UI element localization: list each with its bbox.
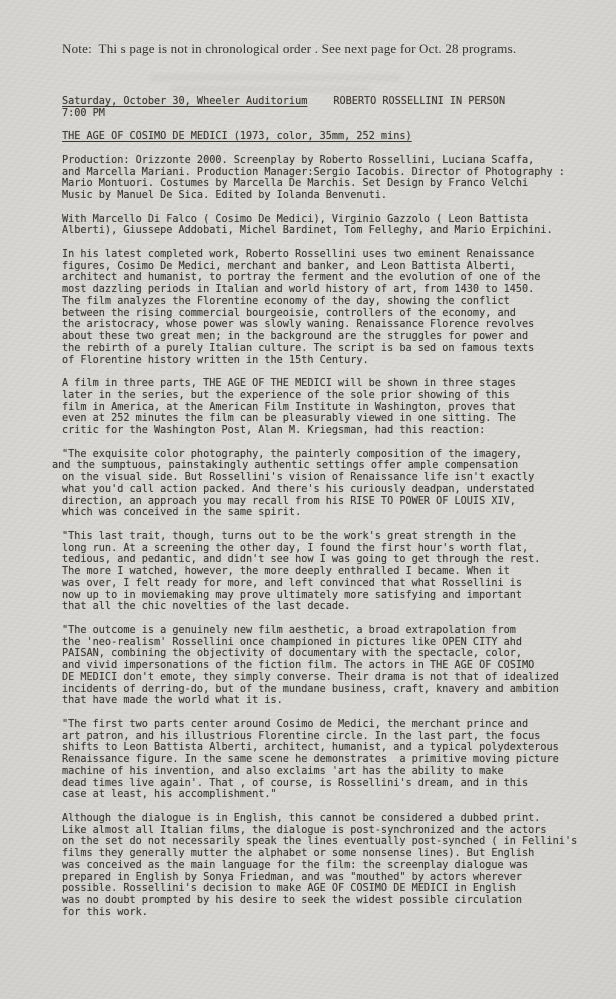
body-line: "This last trait, though, turns out to b…: [62, 531, 577, 543]
body-line: PAISAN, combining the objectivity of doc…: [62, 648, 577, 660]
film-title-text: THE AGE OF COSIMO DE MEDICI (1973, color…: [62, 131, 412, 142]
body-line: direction, an approach you may recall fr…: [62, 496, 577, 508]
typewriter-block: Saturday, October 30, Wheeler Auditorium…: [62, 96, 577, 919]
body-line: films they generally mutter the alphabet…: [62, 848, 577, 860]
body-line: even at 252 minutes the film can be plea…: [62, 413, 577, 425]
body-line: shifts to Leon Battista Alberti, archite…: [62, 742, 577, 754]
body-line: The film analyzes the Florentine economy…: [62, 296, 577, 308]
body-line: prepared in English by Sonya Friedman, a…: [62, 872, 577, 884]
body-line: The more I watched, however, the more de…: [62, 566, 577, 578]
body-line: was conceived as the main language for t…: [62, 860, 577, 872]
body-line: architect and humanist, to portray the f…: [62, 272, 577, 284]
body-line: Although the dialogue is in English, thi…: [62, 813, 577, 825]
document-page: Note: Thi s page is not in chronological…: [0, 0, 616, 999]
body-line: In his latest completed work, Roberto Ro…: [62, 249, 577, 261]
body-line: "The first two parts center around Cosim…: [62, 719, 577, 731]
body-line: for this work.: [62, 907, 577, 919]
body-line: of Florentine history written in the 15t…: [62, 355, 577, 367]
paragraph: In his latest completed work, Roberto Ro…: [62, 249, 577, 367]
body-line: Renaissance figure. In the same scene he…: [62, 754, 577, 766]
paragraph: "The first two parts center around Cosim…: [62, 719, 577, 801]
body-line: machine of his invention, and also excla…: [62, 766, 577, 778]
body-line: With Marcello Di Falco ( Cosimo De Medic…: [62, 214, 577, 226]
body-line: the 'neo-realism' Rossellini once champi…: [62, 637, 577, 649]
body-line: art patron, and his illustrious Florenti…: [62, 731, 577, 743]
body-line: Production: Orizzonte 2000. Screenplay b…: [62, 155, 577, 167]
paragraph: With Marcello Di Falco ( Cosimo De Medic…: [62, 214, 577, 238]
body-line: possible. Rossellini's decision to make …: [62, 883, 577, 895]
paragraph: "The exquisite color photography, the pa…: [62, 449, 577, 520]
body-line: case at least, his accomplishment.": [62, 789, 577, 801]
body-line: the aristocracy, whose power was slowly …: [62, 319, 577, 331]
showtime-text: 7:00 PM: [62, 108, 577, 120]
body-line: the rebirth of a purely Italian culture.…: [62, 343, 577, 355]
body-line: was over, I felt ready for more, and lef…: [62, 578, 577, 590]
paragraph: Production: Orizzonte 2000. Screenplay b…: [62, 155, 577, 202]
body-line: tedious, and pedantic, and didn't see ho…: [62, 554, 577, 566]
body-line: A film in three parts, THE AGE OF THE ME…: [62, 378, 577, 390]
body-line: most dazzling periods in Italian and wor…: [62, 284, 577, 296]
body-line: Alberti), Giussepe Addobati, Michel Bard…: [62, 225, 577, 237]
body-line: Mario Montuori. Costumes by Marcella De …: [62, 178, 577, 190]
body-line: Like almost all Italian films, the dialo…: [62, 825, 577, 837]
body-line: which was conceived in the same spirit.: [62, 507, 577, 519]
body-line: about these two great men; in the backgr…: [62, 331, 577, 343]
body-line: and vivid impersonations of the fiction …: [62, 660, 577, 672]
body-line: "The exquisite color photography, the pa…: [62, 449, 577, 461]
body-line: dead times live again'. That , of course…: [62, 778, 577, 790]
body-line: DE MEDICI don't emote, they simply conve…: [62, 672, 577, 684]
body-line: later in the series, but the experience …: [62, 390, 577, 402]
body-line: long run. At a screening the other day, …: [62, 543, 577, 555]
body-line: that all the chic novelties of the last …: [62, 601, 577, 613]
body-line: and Marcella Mariani. Production Manager…: [62, 167, 577, 179]
paragraph: "This last trait, though, turns out to b…: [62, 531, 577, 613]
note-line: Note: Thi s page is not in chronological…: [62, 41, 516, 57]
body-line: film in America, at the American Film In…: [62, 402, 577, 414]
body-line: what you'd call action packed. And there…: [62, 484, 577, 496]
body-line: between the rising commercial bourgeoisi…: [62, 308, 577, 320]
presenter-text: ROBERTO ROSSELLINI IN PERSON: [333, 96, 505, 107]
paragraph: A film in three parts, THE AGE OF THE ME…: [62, 378, 577, 437]
body-paragraphs: Production: Orizzonte 2000. Screenplay b…: [62, 155, 577, 919]
schedule-line: Saturday, October 30, Wheeler Auditorium…: [62, 96, 577, 108]
body-line: incidents of derring-do, but of the mund…: [62, 684, 577, 696]
paragraph: "The outcome is a genuinely new film aes…: [62, 625, 577, 707]
body-line: critic for the Washington Post, Alan M. …: [62, 425, 577, 437]
body-line: on the set do not necessarily speak the …: [62, 836, 577, 848]
film-title-line: THE AGE OF COSIMO DE MEDICI (1973, color…: [62, 131, 577, 143]
body-line: now up to in moviemaking may prove ultim…: [62, 590, 577, 602]
body-line: "The outcome is a genuinely new film aes…: [62, 625, 577, 637]
ghost-showthrough: [170, 86, 370, 93]
body-line: figures, Cosimo De Medici, merchant and …: [62, 261, 577, 273]
ghost-showthrough: [150, 74, 400, 81]
body-line: Music by Manuel De Sica. Edited by Iolan…: [62, 190, 577, 202]
paragraph: Although the dialogue is in English, thi…: [62, 813, 577, 919]
body-line: and the sumptuous, painstakingly authent…: [52, 460, 577, 472]
body-line: that have made the world what it is.: [62, 695, 577, 707]
body-line: was no doubt prompted by his desire to s…: [62, 895, 577, 907]
body-line: on the visual side. But Rossellini's vis…: [62, 472, 577, 484]
blank-line: [62, 143, 577, 155]
blank-line: [62, 120, 577, 132]
schedule-text: Saturday, October 30, Wheeler Auditorium: [62, 96, 307, 107]
